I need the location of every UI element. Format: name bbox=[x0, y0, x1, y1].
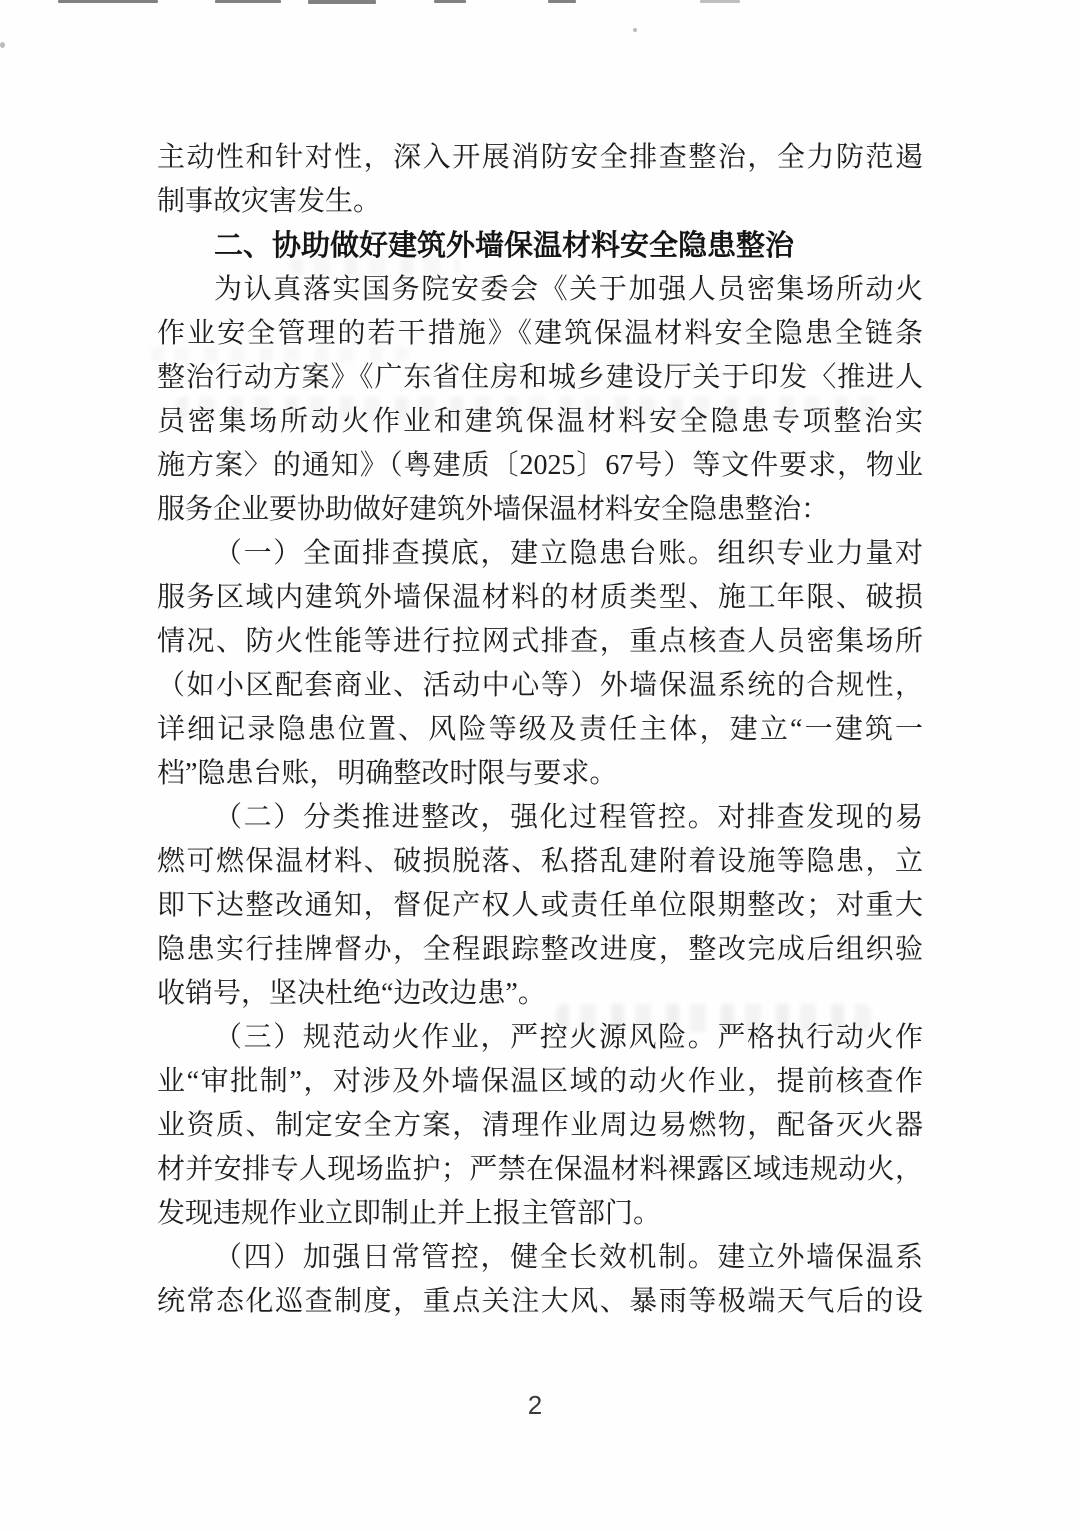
item3-line-4: 材并安排专人现场监护；严禁在保温材料裸露区域违规动火， bbox=[157, 1148, 923, 1192]
item3-line-3: 业资质、制定安全方案，清理作业周边易燃物，配备灭火器 bbox=[157, 1104, 923, 1148]
basis-line-2: 作业安全管理的若干措施》《建筑保温材料安全隐患全链条 bbox=[157, 312, 923, 356]
item1-line-2: 服务区域内建筑外墙保温材料的材质类型、施工年限、破损 bbox=[157, 576, 923, 620]
item1-line-1: （一）全面排查摸底，建立隐患台账。组织专业力量对 bbox=[157, 532, 923, 576]
item2-line-3: 即下达整改通知，督促产权人或责任单位限期整改；对重大 bbox=[157, 884, 923, 928]
item2-line-2: 燃可燃保温材料、破损脱落、私搭乱建附着设施等隐患，立 bbox=[157, 840, 923, 884]
document-page: 主动性和针对性，深入开展消防安全排查整治，全力防范遏 制事故灾害发生。 二、协助… bbox=[0, 0, 1080, 1531]
scan-edge-artifact bbox=[58, 0, 158, 3]
basis-line-1: 为认真落实国务院安委会《关于加强人员密集场所动火 bbox=[157, 268, 923, 312]
item2-line-4: 隐患实行挂牌督办，全程跟踪整改进度，整改完成后组织验 bbox=[157, 928, 923, 972]
basis-line-6: 服务企业要协助做好建筑外墙保温材料安全隐患整治： bbox=[157, 488, 923, 532]
scan-edge-artifact bbox=[548, 0, 576, 3]
page-number: 2 bbox=[505, 1390, 565, 1421]
scan-edge-artifact bbox=[215, 0, 281, 3]
scan-edge-artifact bbox=[700, 0, 740, 3]
item2-line-5: 收销号，坚决杜绝“边改边患”。 bbox=[157, 972, 923, 1016]
item4-line-2: 统常态化巡查制度，重点关注大风、暴雨等极端天气后的设 bbox=[157, 1280, 923, 1324]
item3-line-1: （三）规范动火作业，严控火源风险。严格执行动火作 bbox=[157, 1016, 923, 1060]
basis-line-4: 员密集场所动火作业和建筑保温材料安全隐患专项整治实 bbox=[157, 400, 923, 444]
item1-line-5: 详细记录隐患位置、风险等级及责任主体，建立“一建筑一 bbox=[157, 708, 923, 752]
item1-line-4: （如小区配套商业、活动中心等）外墙保温系统的合规性， bbox=[157, 664, 923, 708]
item1-line-3: 情况、防火性能等进行拉网式排查，重点核查人员密集场所 bbox=[157, 620, 923, 664]
scan-speck bbox=[0, 42, 5, 48]
scan-edge-artifact bbox=[434, 0, 466, 3]
item2-line-1: （二）分类推进整改，强化过程管控。对排查发现的易 bbox=[157, 796, 923, 840]
document-body: 主动性和针对性，深入开展消防安全排查整治，全力防范遏 制事故灾害发生。 二、协助… bbox=[157, 136, 923, 1324]
item1-line-6: 档”隐患台账，明确整改时限与要求。 bbox=[157, 752, 923, 796]
section-heading: 二、协助做好建筑外墙保温材料安全隐患整治 bbox=[157, 224, 923, 268]
basis-line-5: 施方案〉的通知》（粤建质〔2025〕67号）等文件要求，物业 bbox=[157, 444, 923, 488]
intro-line-2: 制事故灾害发生。 bbox=[157, 180, 923, 224]
item3-line-5: 发现违规作业立即制止并上报主管部门。 bbox=[157, 1192, 923, 1236]
scan-speck bbox=[633, 28, 637, 32]
scan-edge-artifact bbox=[308, 0, 376, 4]
item3-line-2: 业“审批制”，对涉及外墙保温区域的动火作业，提前核查作 bbox=[157, 1060, 923, 1104]
basis-line-3: 整治行动方案》《广东省住房和城乡建设厅关于印发〈推进人 bbox=[157, 356, 923, 400]
item4-line-1: （四）加强日常管控，健全长效机制。建立外墙保温系 bbox=[157, 1236, 923, 1280]
intro-line-1: 主动性和针对性，深入开展消防安全排查整治，全力防范遏 bbox=[157, 136, 923, 180]
